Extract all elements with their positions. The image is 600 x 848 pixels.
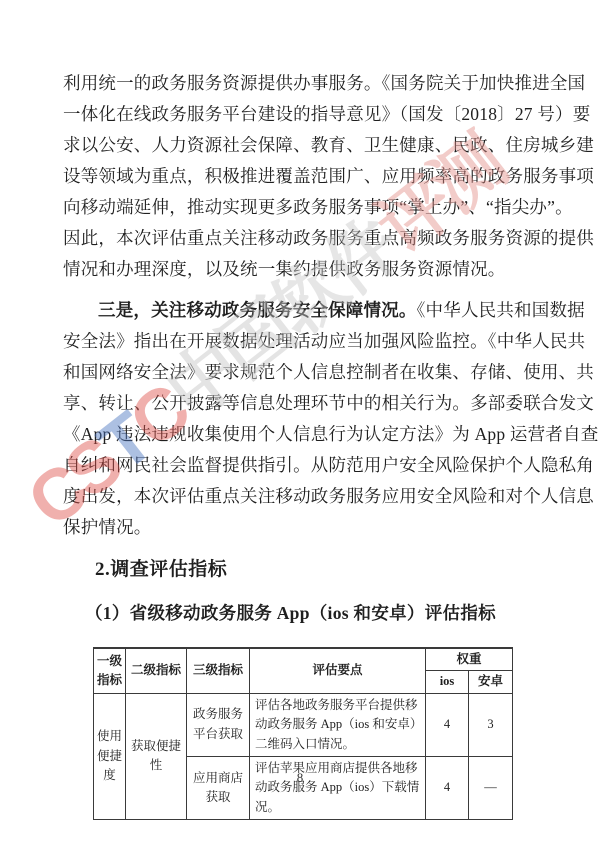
body-line: 因此，本次评估重点关注移动政务服务重点高频政务服务资源的提供 [63, 223, 541, 254]
paragraph-lead-bold: 三是，关注移动政务服务安全保障情况。 [98, 300, 417, 320]
header-ios: ios [426, 671, 469, 693]
paragraph-2: 三是，关注移动政务服务安全保障情况。《中华人民共和国数据 安全法》指出在开展数据… [63, 295, 541, 543]
evaluation-indicator-table: 一级指标 二级指标 三级指标 评估要点 权重 ios 安卓 使用便捷度 获取便捷… [93, 647, 513, 820]
cell-ios-weight: 4 [426, 756, 469, 819]
cell-point: 评估各地政务服务平台提供移动政务服务 App（ios 和安卓）二维码入口情况。 [250, 693, 426, 756]
body-line: 求以公安、人力资源社会保障、教育、卫生健康、民政、住房城乡建 [63, 130, 541, 161]
body-line: 安全法》指出在开展数据处理活动应当加强风险监控。《中华人民共 [63, 326, 541, 357]
table-header-row: 一级指标 二级指标 三级指标 评估要点 权重 [94, 648, 513, 671]
paragraph-1: 利用统一的政务服务资源提供办事服务。《国务院关于加快推进全国 一体化在线政务服务… [63, 68, 541, 285]
body-line: 一体化在线政务服务平台建设的指导意见》（国发〔2018〕27 号）要 [63, 99, 541, 130]
cell-level1: 使用便捷度 [94, 693, 126, 819]
cell-level3: 应用商店获取 [187, 756, 250, 819]
body-line: 《App 违法违规收集使用个人信息行为认定方法》为 App 运营者自查 [63, 419, 541, 450]
body-line: 享、转让、公开披露等信息处理环节中的相关行为。多部委联合发文 [63, 388, 541, 419]
section-heading: 2.调查评估指标 [95, 554, 227, 581]
header-level3: 三级指标 [187, 648, 250, 693]
body-line: 利用统一的政务服务资源提供办事服务。《国务院关于加快推进全国 [63, 68, 541, 99]
body-line: 向移动端延伸，推动实现更多政务服务事项“掌上办”、“指尖办”。 [63, 192, 541, 223]
subsection-heading: （1）省级移动政务服务 App（ios 和安卓）评估指标 [85, 600, 496, 625]
header-weight: 权重 [426, 648, 513, 671]
cell-ios-weight: 4 [426, 693, 469, 756]
cell-android-weight: — [469, 756, 513, 819]
body-line: 情况和办理深度，以及统一集约提供政务服务资源情况。 [63, 254, 541, 285]
cell-android-weight: 3 [469, 693, 513, 756]
body-line: 自纠和网民社会监督提供指引。从防范用户安全风险保护个人隐私角 [63, 450, 541, 481]
body-line: 保护情况。 [63, 512, 541, 543]
body-line: 度出发，本次评估重点关注移动政务服务应用安全风险和对个人信息 [63, 481, 541, 512]
body-text: 利用统一的政务服务资源提供办事服务。《国务院关于加快推进全国 一体化在线政务服务… [63, 68, 541, 553]
cell-level2: 获取便捷性 [126, 693, 187, 819]
cell-level3: 政务服务平台获取 [187, 693, 250, 756]
header-point: 评估要点 [250, 648, 426, 693]
paragraph-lead-rest: 《中华人民共和国数据 [417, 300, 585, 320]
page-number: 8 [0, 770, 600, 786]
document-page: 利用统一的政务服务资源提供办事服务。《国务院关于加快推进全国 一体化在线政务服务… [0, 0, 600, 848]
body-line: 三是，关注移动政务服务安全保障情况。《中华人民共和国数据 [63, 295, 541, 326]
header-level1: 一级指标 [94, 648, 126, 693]
body-line: 和国网络安全法》要求规范个人信息控制者在收集、存储、使用、共 [63, 357, 541, 388]
cell-point: 评估苹果应用商店提供各地移动政务服务 App（ios）下载情况。 [250, 756, 426, 819]
table-row: 使用便捷度 获取便捷性 政务服务平台获取 评估各地政务服务平台提供移动政务服务 … [94, 693, 513, 756]
header-level2: 二级指标 [126, 648, 187, 693]
header-android: 安卓 [469, 671, 513, 693]
body-line: 设等领域为重点，积极推进覆盖范围广、应用频率高的政务服务事项 [63, 161, 541, 192]
